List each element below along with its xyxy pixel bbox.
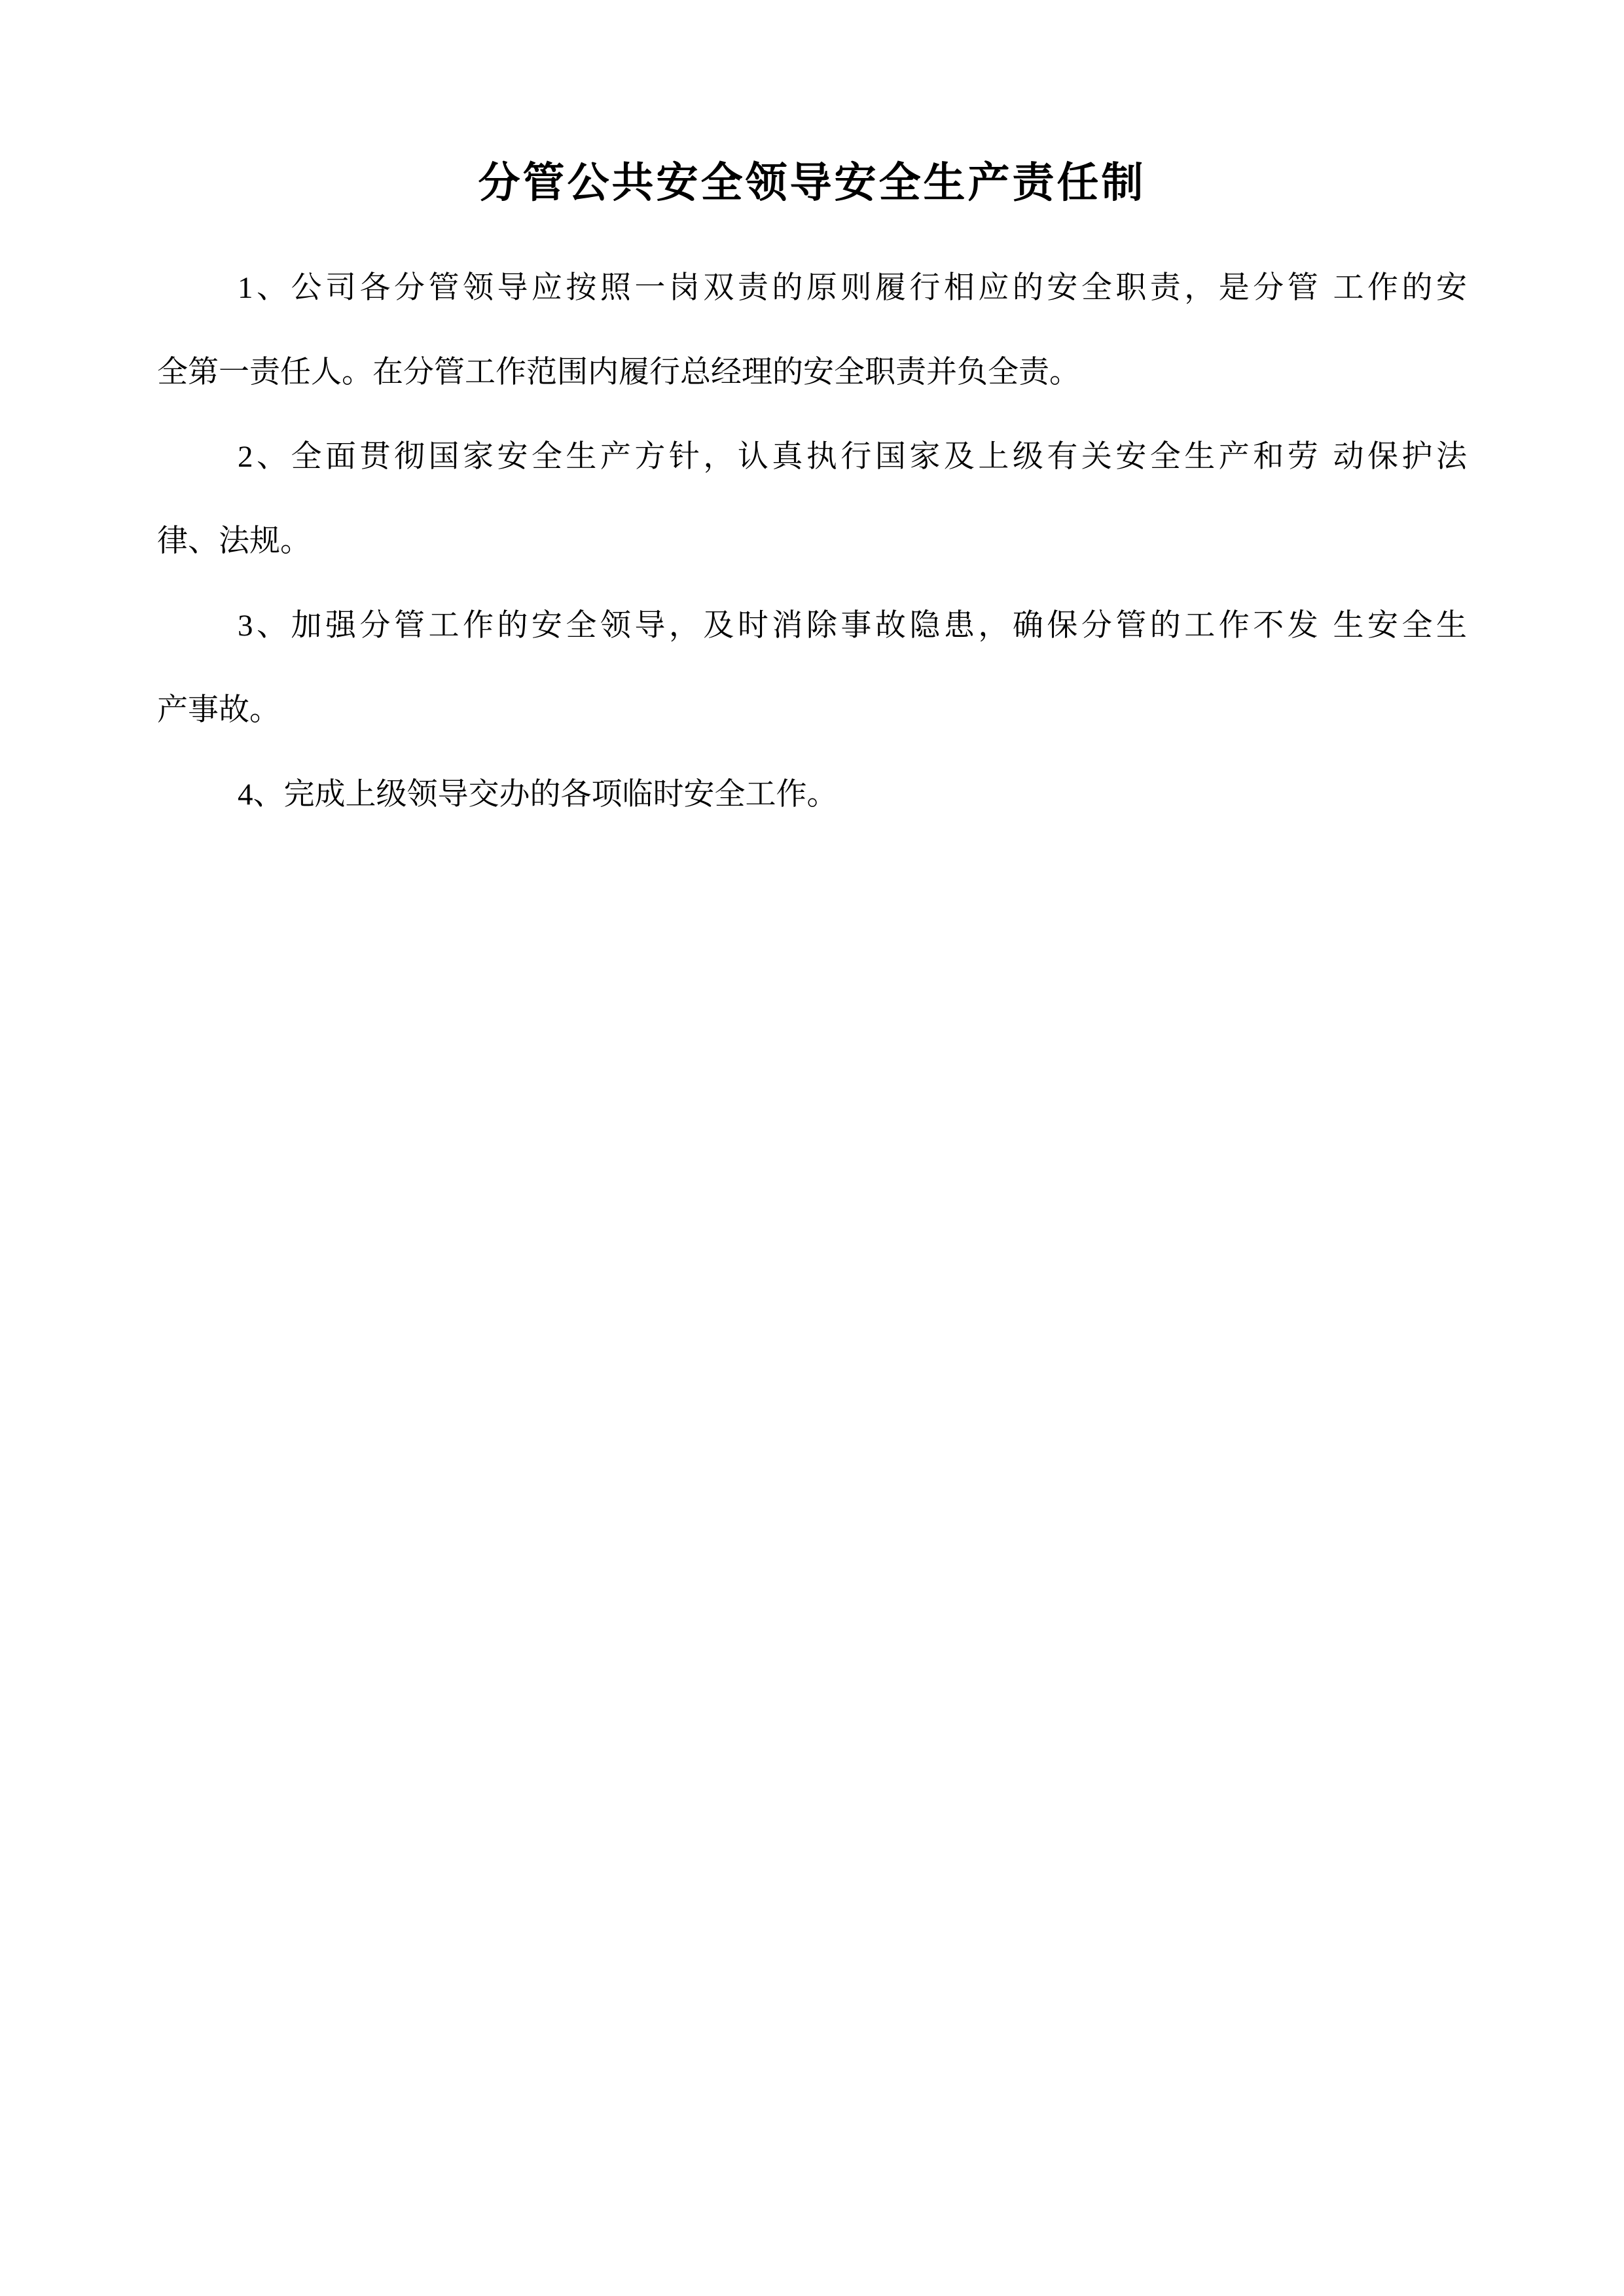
- document-page: 分管公共安全领导安全生产责任制 1、公司各分管领导应按照一岗双责的原则履行相应的…: [0, 0, 1624, 2296]
- paragraph-1-line-2: 全第一责任人。在分管工作范围内履行总经理的安全职责并负全责。: [157, 331, 1467, 415]
- document-body: 1、公司各分管领导应按照一岗双责的原则履行相应的安全职责，是分管 工作的安 全第…: [157, 246, 1467, 837]
- paragraph-1-line-1: 1、公司各分管领导应按照一岗双责的原则履行相应的安全职责，是分管 工作的安: [157, 246, 1467, 331]
- paragraph-4-line-1: 4、完成上级领导交办的各项临时安全工作。: [157, 753, 1467, 837]
- document-title: 分管公共安全领导安全生产责任制: [157, 157, 1467, 209]
- paragraph-2-line-1: 2、全面贯彻国家安全生产方针，认真执行国家及上级有关安全生产和劳 动保护法: [157, 415, 1467, 499]
- paragraph-3-line-2: 产事故。: [157, 668, 1467, 753]
- document-content: 分管公共安全领导安全生产责任制 1、公司各分管领导应按照一岗双责的原则履行相应的…: [0, 0, 1624, 837]
- paragraph-3-line-1: 3、加强分管工作的安全领导，及时消除事故隐患，确保分管的工作不发 生安全生: [157, 584, 1467, 668]
- paragraph-2-line-2: 律、法规。: [157, 499, 1467, 584]
